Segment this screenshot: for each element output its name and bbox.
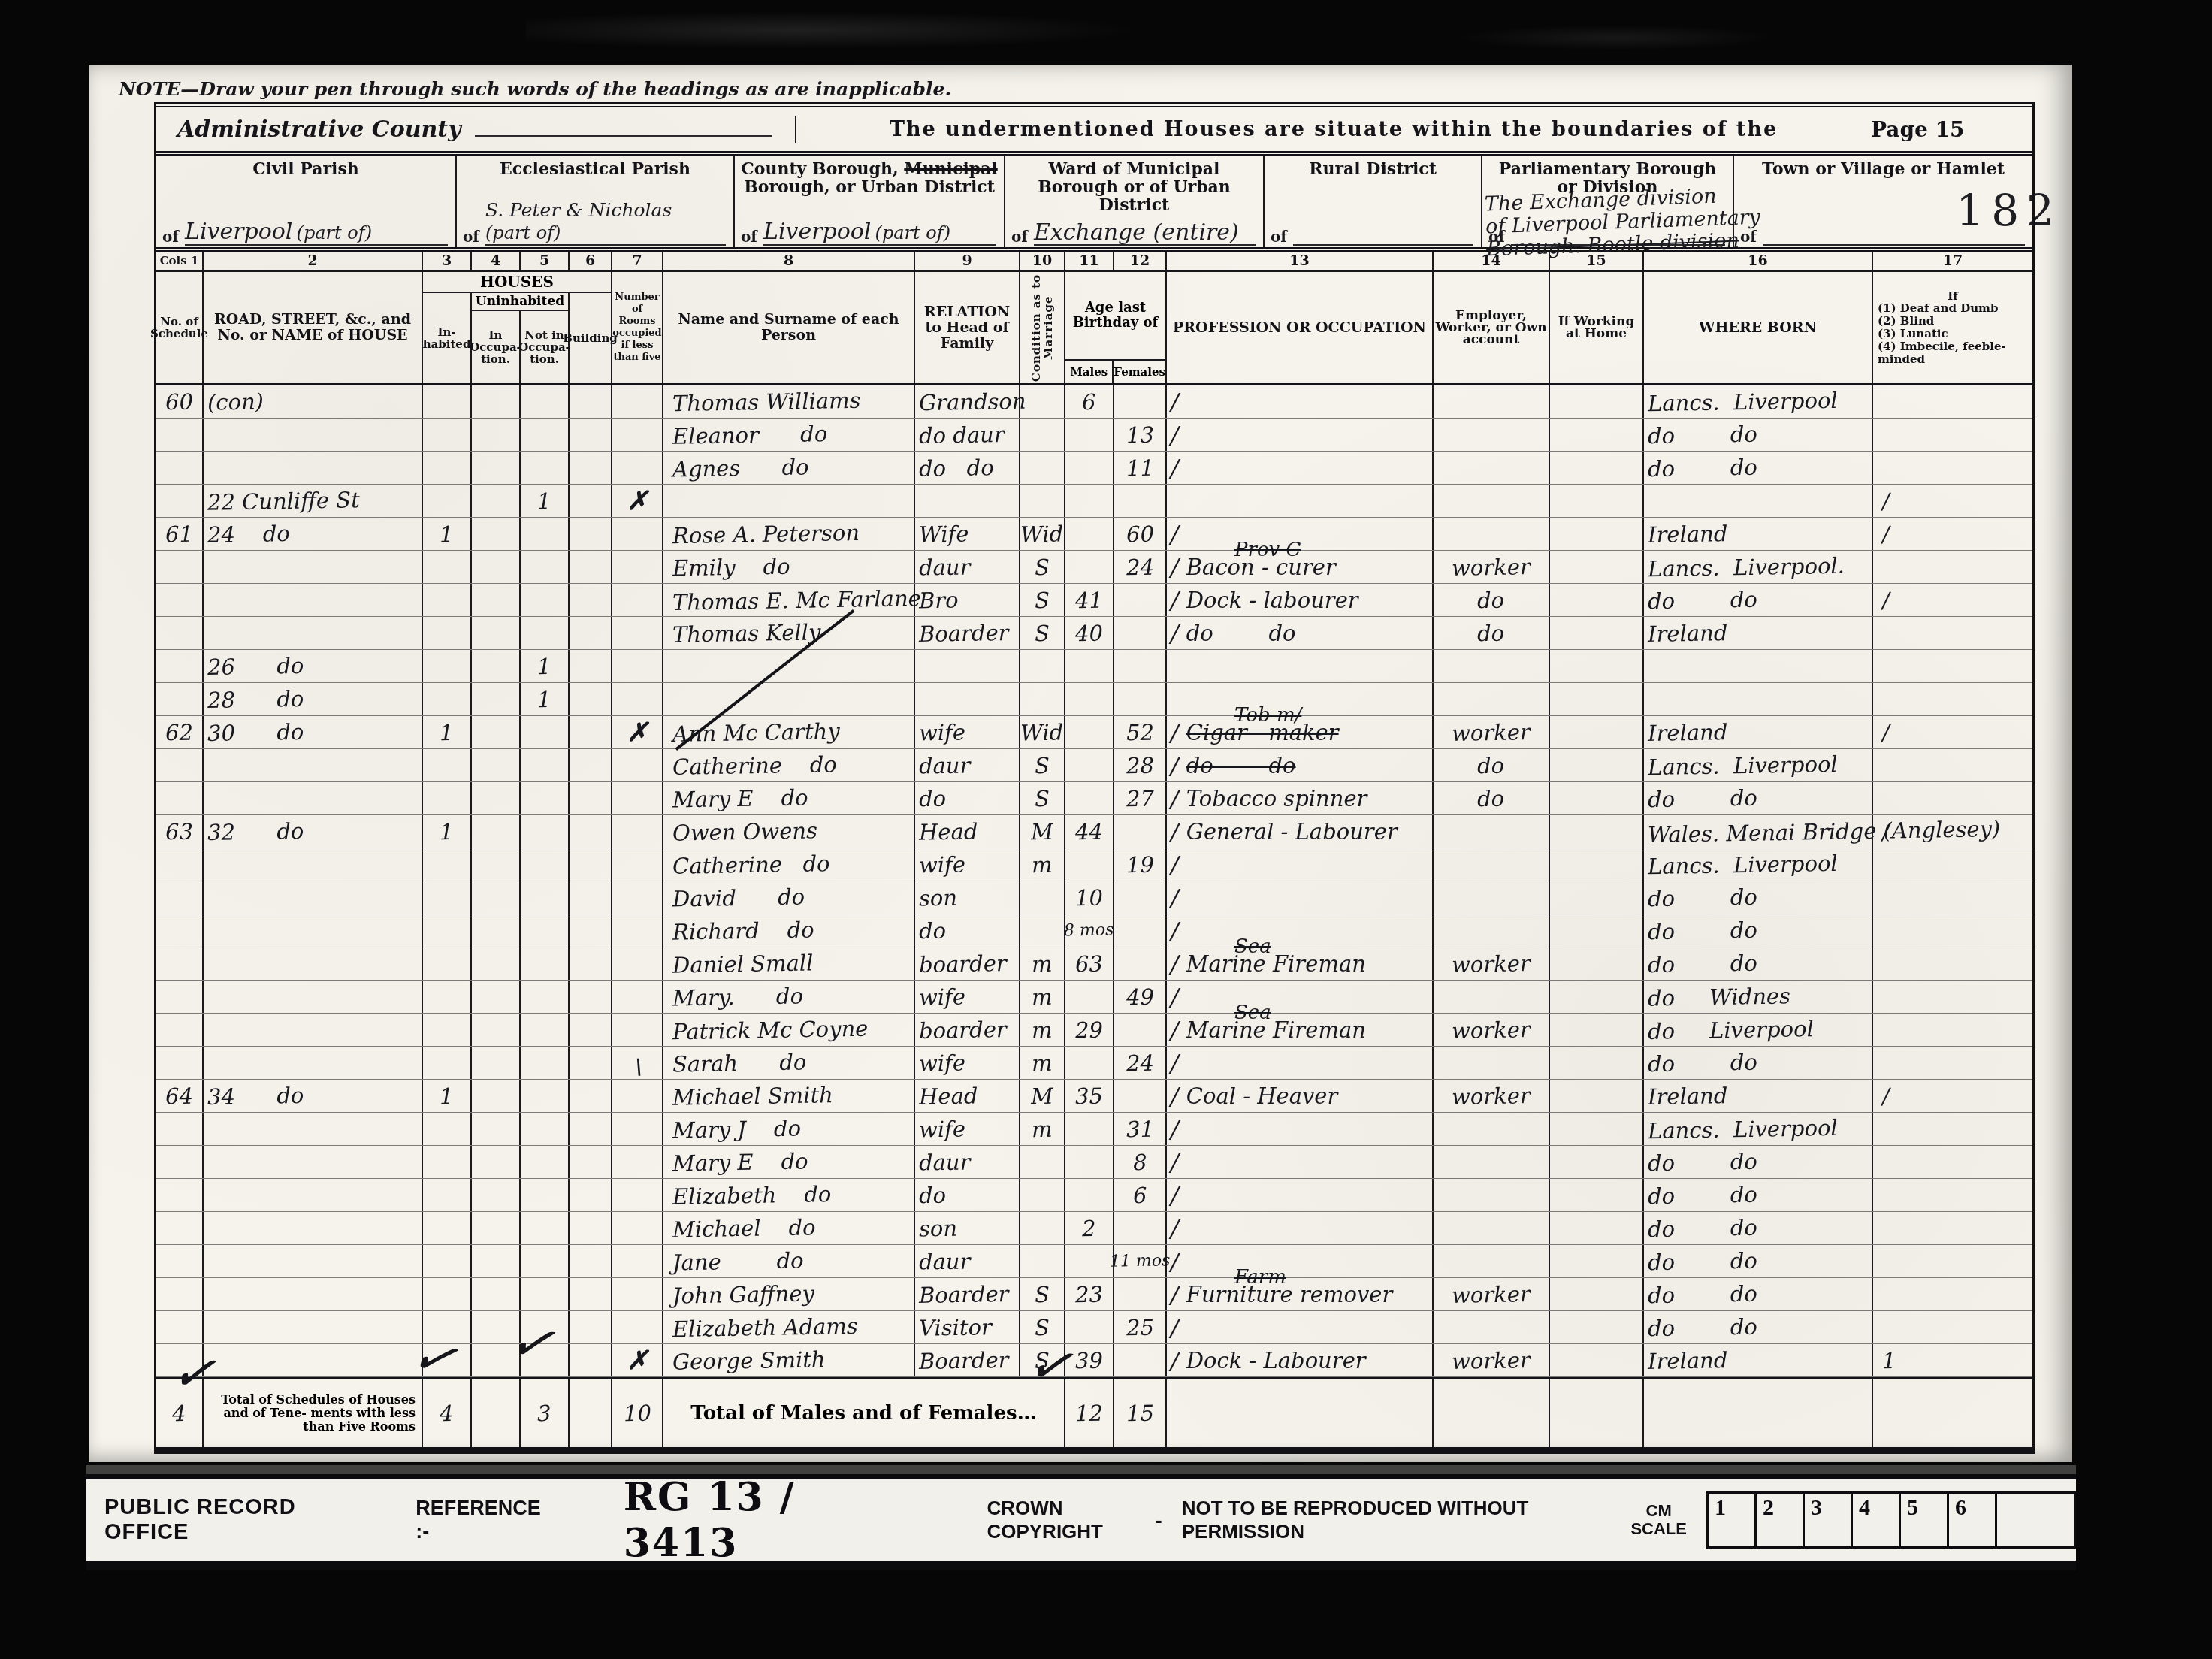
enumeration-row: John GaffneyBoarderS23Farm/Furniture rem… (156, 1278, 2032, 1311)
col-number: 7 (612, 252, 663, 270)
age-male: 10 (1065, 881, 1114, 914)
schedule-number (156, 749, 204, 781)
relation-to-head: daur (915, 1146, 1020, 1178)
working-at-home (1550, 650, 1644, 682)
marital-condition (1020, 1179, 1065, 1211)
occupation-cell: / (1167, 1179, 1434, 1211)
where-born: do do (1644, 1278, 1873, 1310)
occupation: Furniture remover (1186, 1282, 1393, 1307)
age-male (1065, 848, 1114, 881)
civil-parish-label: Civil Parish (246, 160, 365, 178)
occupation-cell: /do do (1167, 617, 1434, 649)
marital-condition: S (1020, 782, 1065, 814)
employment-status (1434, 881, 1550, 914)
infirmity-mark: 1 (1873, 1344, 2032, 1376)
person-name: Michael Smith (663, 1080, 915, 1112)
uninhabited-not-in-occupation-mark (521, 1278, 570, 1310)
where-born: do Widnes (1644, 981, 1873, 1013)
schedule-number (156, 485, 204, 517)
rooms-mark (612, 881, 663, 914)
employment-status (1434, 452, 1550, 484)
uninhabited-not-in-occupation-mark: 1 (521, 650, 570, 682)
working-at-home (1550, 419, 1644, 451)
occupation-cell: / (1167, 1212, 1434, 1244)
working-at-home (1550, 385, 1644, 418)
age-female (1114, 1344, 1167, 1376)
building-mark (570, 1146, 612, 1178)
relation-to-head: boarder (915, 1014, 1020, 1046)
inhabited-mark (423, 1245, 472, 1277)
ruler-cell: 3 (1803, 1491, 1851, 1549)
person-name: Elizabeth Adams (663, 1311, 915, 1343)
ruler-cell-empty (1995, 1491, 2076, 1549)
street-address: 22 Cunliffe St (204, 485, 423, 517)
relation-to-head: wife (915, 716, 1020, 748)
pen-tick: / (1171, 1115, 1179, 1144)
rooms-mark (612, 518, 663, 550)
rooms-mark (612, 452, 663, 484)
age-female (1114, 617, 1167, 649)
occupation-annotation: Tob m/ (1234, 704, 1301, 727)
uninhabited-not-in-occupation-mark (521, 881, 570, 914)
crown-copyright: CROWN COPYRIGHT (987, 1497, 1136, 1543)
working-at-home (1550, 1311, 1644, 1343)
uninhabited-in-occupation-mark (472, 551, 521, 583)
uninhabited-not-in-occupation-mark (521, 848, 570, 881)
uninhabited-in-occupation-mark (472, 584, 521, 616)
person-name: Mary E do (663, 1146, 915, 1178)
admin-county-box: Administrative County (156, 116, 796, 143)
relation-to-head (915, 650, 1020, 682)
uninhabited-not-in-occupation-mark (521, 518, 570, 550)
civil-parish-value: Liverpool (185, 219, 292, 245)
uninhabited-in-occupation-mark (472, 1212, 521, 1244)
employment-status (1434, 848, 1550, 881)
uninhabited-in-occupation-mark (472, 650, 521, 682)
where-born: Ireland (1644, 1080, 1873, 1112)
marital-condition (1020, 914, 1065, 947)
age-male (1065, 716, 1114, 748)
schedule-number (156, 650, 204, 682)
employment-status (1434, 1179, 1550, 1211)
infirmity-mark: / (1873, 716, 2032, 748)
total-building (570, 1379, 612, 1447)
age-female: 13 (1114, 419, 1167, 451)
rooms-mark (612, 584, 663, 616)
relation-to-head: wife (915, 1047, 1020, 1079)
age-male (1065, 1245, 1114, 1277)
inhabited-mark (423, 1146, 472, 1178)
schedule-number: 60 (156, 385, 204, 418)
header-inhabited: In-habited (423, 293, 472, 383)
employment-status (1434, 1212, 1550, 1244)
occupation: Dock - labourer (1186, 588, 1358, 613)
marital-condition (1020, 385, 1065, 418)
where-born: do do (1644, 1311, 1873, 1343)
marital-condition: M (1020, 1080, 1065, 1112)
pen-tick: / (1171, 1313, 1179, 1342)
age-male (1065, 650, 1114, 682)
infirmity-mark (1873, 1113, 2032, 1145)
relation-to-head: do do (915, 452, 1020, 484)
header-where-born: WHERE BORN (1644, 272, 1873, 383)
where-born: Ireland (1644, 1344, 1873, 1376)
enumeration-row: Richard dodo8 mos/do do (156, 914, 2032, 947)
age-female (1114, 947, 1167, 980)
relation-to-head: Grandson (915, 385, 1020, 418)
uninhabited-not-in-occupation-mark (521, 1245, 570, 1277)
county-borough-value2: (part of) (875, 222, 950, 243)
occupation-cell (1167, 485, 1434, 517)
infirmity-mark (1873, 385, 2032, 418)
pen-tick: / (1171, 851, 1179, 879)
age-male (1065, 452, 1114, 484)
occupation: do do (1186, 621, 1296, 646)
age-group-title: Age last Birthday of (1065, 272, 1165, 359)
uninhabited-in-occupation-mark (472, 518, 521, 550)
age-female: 27 (1114, 782, 1167, 814)
uninhabited-in-occupation-mark (472, 419, 521, 451)
person-name: Rose A. Peterson (663, 518, 915, 550)
totals-empty (1434, 1379, 1550, 1447)
rooms-mark (612, 385, 663, 418)
infirmity-mark (1873, 782, 2032, 814)
infirmity-mark (1873, 1212, 2032, 1244)
pen-tick: / (1171, 1181, 1179, 1210)
building-mark (570, 881, 612, 914)
uninhabited-in-occupation-mark (472, 1014, 521, 1046)
where-born: do do (1644, 1179, 1873, 1211)
uninhabited-in-occupation-mark (472, 1278, 521, 1310)
uninhabited-in-occupation-mark (472, 749, 521, 781)
uninhabited-not-in-occupation-mark (521, 1179, 570, 1211)
uninhabited-not-in-occupation-mark (521, 914, 570, 947)
pen-tick: / (1171, 619, 1179, 648)
uninhabited-in-occupation-mark (472, 683, 521, 715)
inhabited-mark (423, 419, 472, 451)
enumeration-row: Mary J dowifem31/Lancs. Liverpool (156, 1113, 2032, 1146)
occupation-cell: / (1167, 1047, 1434, 1079)
rooms-mark (612, 1080, 663, 1112)
pen-tick: / (1171, 917, 1179, 945)
age-male (1065, 1179, 1114, 1211)
infirmity-mark (1873, 749, 2032, 781)
age-female (1114, 385, 1167, 418)
occupation-annotation: Sea (1234, 935, 1271, 958)
person-name: Sarah do (663, 1047, 915, 1079)
marital-condition: Wid (1020, 716, 1065, 748)
infirmity-mark (1873, 881, 2032, 914)
schedule-number (156, 1212, 204, 1244)
ecclesiastical-parish-label: Ecclesiastical Parish (494, 160, 697, 178)
working-at-home (1550, 683, 1644, 715)
infirmity-mark (1873, 1278, 2032, 1310)
occupation: Dock - Labourer (1186, 1348, 1366, 1373)
street-address (204, 617, 423, 649)
rooms-mark (612, 551, 663, 583)
uninhabited-not-in-occupation-mark (521, 551, 570, 583)
of-prefix: of (463, 228, 479, 246)
rural-district-box: Rural District of (1265, 156, 1482, 247)
uninhabited-group-title: Uninhabited (472, 293, 568, 311)
marital-condition: m (1020, 1014, 1065, 1046)
rural-district-label: Rural District (1303, 160, 1443, 178)
uninhabited-in-occupation-mark (472, 385, 521, 418)
employment-status: worker (1434, 1344, 1550, 1376)
schedule-number: 61 (156, 518, 204, 550)
employment-status: worker (1434, 1080, 1550, 1112)
page-number: Page 15 (1871, 117, 2032, 142)
totals-label: Total of Schedules of Houses and of Tene… (204, 1379, 423, 1447)
occupation-cell: /General - Labourer (1167, 815, 1434, 848)
building-mark (570, 914, 612, 947)
header-profession: PROFESSION OR OCCUPATION (1167, 272, 1434, 383)
occupation: Tobacco spinner (1186, 786, 1367, 811)
admin-county-blank (475, 116, 772, 137)
infirmity-mark (1873, 683, 2032, 715)
infirmity-mark (1873, 1311, 2032, 1343)
building-mark (570, 1212, 612, 1244)
building-mark (570, 981, 612, 1013)
street-address (204, 1278, 423, 1310)
occupation-cell: Sea/Marine Fireman (1167, 1014, 1434, 1046)
person-name: Catherine do (663, 848, 915, 881)
enumeration-row: Mary E dodoS27/Tobacco spinnerdodo do (156, 782, 2032, 815)
street-address (204, 1245, 423, 1277)
uninhabited-in-occupation-mark (472, 815, 521, 848)
street-address (204, 551, 423, 583)
where-born: Lancs. Liverpool (1644, 385, 1873, 418)
occupation-cell: / (1167, 452, 1434, 484)
employment-status (1434, 1311, 1550, 1343)
inhabited-mark (423, 981, 472, 1013)
uninhabited-in-occupation-mark (472, 981, 521, 1013)
relation-to-head: Wife (915, 518, 1020, 550)
building-mark (570, 617, 612, 649)
building-mark (570, 848, 612, 881)
pen-tick: / (1171, 884, 1179, 912)
pen-tick: / (1171, 553, 1179, 582)
civil-parish-value2: (part of) (297, 222, 372, 243)
building-mark (570, 749, 612, 781)
where-born: do do (1644, 1212, 1873, 1244)
age-male (1065, 749, 1114, 781)
age-male: 41 (1065, 584, 1114, 616)
employment-status (1434, 1245, 1550, 1277)
admin-county-label: Administrative County (177, 116, 461, 143)
town-village-label: Town or Village or Hamlet (1756, 160, 2011, 178)
building-mark (570, 650, 612, 682)
street-address (204, 981, 423, 1013)
person-name: Mary J do (663, 1113, 915, 1145)
relation-to-head: do (915, 782, 1020, 814)
where-born: Lancs. Liverpool (1644, 848, 1873, 881)
marital-condition: S (1020, 584, 1065, 616)
uninhabited-not-in-occupation-mark (521, 617, 570, 649)
working-at-home (1550, 452, 1644, 484)
age-female: 11 (1114, 452, 1167, 484)
schedule-number: 63 (156, 815, 204, 848)
col-number: 11 (1065, 252, 1114, 270)
age-male (1065, 419, 1114, 451)
inhabited-mark (423, 848, 472, 881)
street-address: 34 do (204, 1080, 423, 1112)
person-name: Ann Mc Carthy (663, 716, 915, 748)
rooms-mark (612, 782, 663, 814)
cm-scale-label: CM SCALE (1630, 1502, 1687, 1538)
census-scan-page: { "glyphs": { "tick": "/", "cross": "✗" … (0, 0, 2212, 1659)
totals-empty (1644, 1379, 1873, 1447)
person-name (663, 683, 915, 715)
inhabited-mark (423, 683, 472, 715)
age-male (1065, 551, 1114, 583)
rooms-mark (612, 815, 663, 848)
inhabited-mark (423, 1113, 472, 1145)
age-female: 6 (1114, 1179, 1167, 1211)
enumeration-row: Thomas E. Mc FarlaneBroS41/Dock - labour… (156, 584, 2032, 617)
uninhabited-in-occupation-mark (472, 914, 521, 947)
age-female: 8 (1114, 1146, 1167, 1178)
relation-to-head: wife (915, 848, 1020, 881)
col-number: 12 (1114, 252, 1167, 270)
enumeration-row: Catherine dowifem19/Lancs. Liverpool (156, 848, 2032, 881)
uninhabited-in-occupation-mark (472, 1080, 521, 1112)
marital-condition: m (1020, 1047, 1065, 1079)
inhabited-mark (423, 1014, 472, 1046)
rooms-mark (612, 683, 663, 715)
inhabited-mark (423, 551, 472, 583)
working-at-home (1550, 881, 1644, 914)
uninhabited-not-in-occupation-mark (521, 815, 570, 848)
building-mark (570, 1344, 612, 1376)
schedule-number: 62 (156, 716, 204, 748)
col-number: 5 (521, 252, 570, 270)
marital-condition (1020, 485, 1065, 517)
where-born: do do (1644, 881, 1873, 914)
col-number: 8 (663, 252, 915, 270)
employment-status (1434, 981, 1550, 1013)
relation-to-head: wife (915, 981, 1020, 1013)
uninhabited-not-in-occupation-mark (521, 782, 570, 814)
rooms-mark (612, 848, 663, 881)
building-mark (570, 419, 612, 451)
person-name: Jane do (663, 1245, 915, 1277)
pen-tick: / (1171, 1082, 1179, 1111)
civil-parish-box: Civil Parish of Liverpool (part of) (156, 156, 457, 247)
street-address: 24 do (204, 518, 423, 550)
occupation-annotation: Sea (1234, 1002, 1271, 1024)
pen-tick: / (1171, 1148, 1179, 1177)
header-in-occupation: In Occupa- tion. (472, 311, 521, 383)
rooms-mark (612, 1179, 663, 1211)
building-mark (570, 683, 612, 715)
street-address (204, 848, 423, 881)
occupation-cell: Prov C/Bacon - curer (1167, 551, 1434, 583)
person-name: Michael do (663, 1212, 915, 1244)
struck-word: Municipal (904, 159, 997, 179)
working-at-home (1550, 815, 1644, 848)
col-number: 3 (423, 252, 472, 270)
inhabited-mark (423, 385, 472, 418)
where-born (1644, 683, 1873, 715)
schedule-number (156, 584, 204, 616)
employment-status: do (1434, 749, 1550, 781)
inhabited-mark (423, 452, 472, 484)
inhabited-mark (423, 617, 472, 649)
enumeration-row: Mary. dowifem49/do Widnes (156, 981, 2032, 1014)
pen-tick: / (1171, 1049, 1179, 1077)
total-females: 15 (1114, 1379, 1167, 1447)
person-name (663, 485, 915, 517)
employment-status: worker (1434, 947, 1550, 980)
reference-number: RG 13 / 3413 (624, 1474, 852, 1566)
relation-to-head: wife (915, 1113, 1020, 1145)
where-born (1644, 485, 1873, 517)
relation-to-head: do (915, 1179, 1020, 1211)
working-at-home (1550, 1080, 1644, 1112)
uninhabited-in-occupation-mark (472, 881, 521, 914)
total-in-occupation (472, 1379, 521, 1447)
building-mark (570, 518, 612, 550)
working-at-home (1550, 1245, 1644, 1277)
age-male (1065, 1146, 1114, 1178)
age-female (1114, 881, 1167, 914)
schedule-number (156, 683, 204, 715)
rooms-mark: ✗ (612, 485, 663, 517)
person-name: David do (663, 881, 915, 914)
where-born: Lancs. Liverpool (1644, 749, 1873, 781)
scan-noise (526, 8, 1202, 53)
parish-boxes: Civil Parish of Liverpool (part of) Eccl… (156, 156, 2032, 247)
inhabited-mark (423, 1212, 472, 1244)
enumeration-row: ﹨Sarah dowifem24/do do (156, 1047, 2032, 1080)
schedule-number (156, 782, 204, 814)
street-address (204, 1179, 423, 1211)
col-number: 16 (1644, 252, 1873, 270)
age-female: 60 (1114, 518, 1167, 550)
of-prefix: of (1011, 228, 1028, 246)
schedule-number (156, 1014, 204, 1046)
enumeration-row: 6124 do1Rose A. PetersonWifeWid60/Irelan… (156, 518, 2032, 551)
schedule-number (156, 551, 204, 583)
rooms-mark (612, 1278, 663, 1310)
street-address: 28 do (204, 683, 423, 715)
employment-status (1434, 1146, 1550, 1178)
ruler-cell: 2 (1754, 1491, 1803, 1549)
occupation: General - Labourer (1186, 819, 1398, 845)
infirmity-mark (1873, 848, 2032, 881)
inhabited-mark: 1 (423, 716, 472, 748)
enumeration-row: 28 do1 (156, 683, 2032, 716)
relation-to-head: son (915, 1212, 1020, 1244)
reproduction-notice: NOT TO BE REPRODUCED WITHOUT PERMISSION (1182, 1497, 1541, 1543)
uninhabited-in-occupation-mark (472, 485, 521, 517)
infirmity-item: (3) Lunatic (1878, 328, 2028, 340)
uninhabited-in-occupation-mark (472, 1047, 521, 1079)
rooms-mark (612, 1146, 663, 1178)
pen-mark: ✓ (168, 1339, 219, 1406)
age-female (1114, 914, 1167, 947)
occupation-cell: / (1167, 385, 1434, 418)
street-address: 32 do (204, 815, 423, 848)
marital-condition (1020, 419, 1065, 451)
marital-condition (1020, 683, 1065, 715)
age-male: 2 (1065, 1212, 1114, 1244)
occupation-cell: Farm/Furniture remover (1167, 1278, 1434, 1310)
person-name: Elizabeth do (663, 1179, 915, 1211)
uninhabited-not-in-occupation-mark (521, 1047, 570, 1079)
working-at-home (1550, 1212, 1644, 1244)
